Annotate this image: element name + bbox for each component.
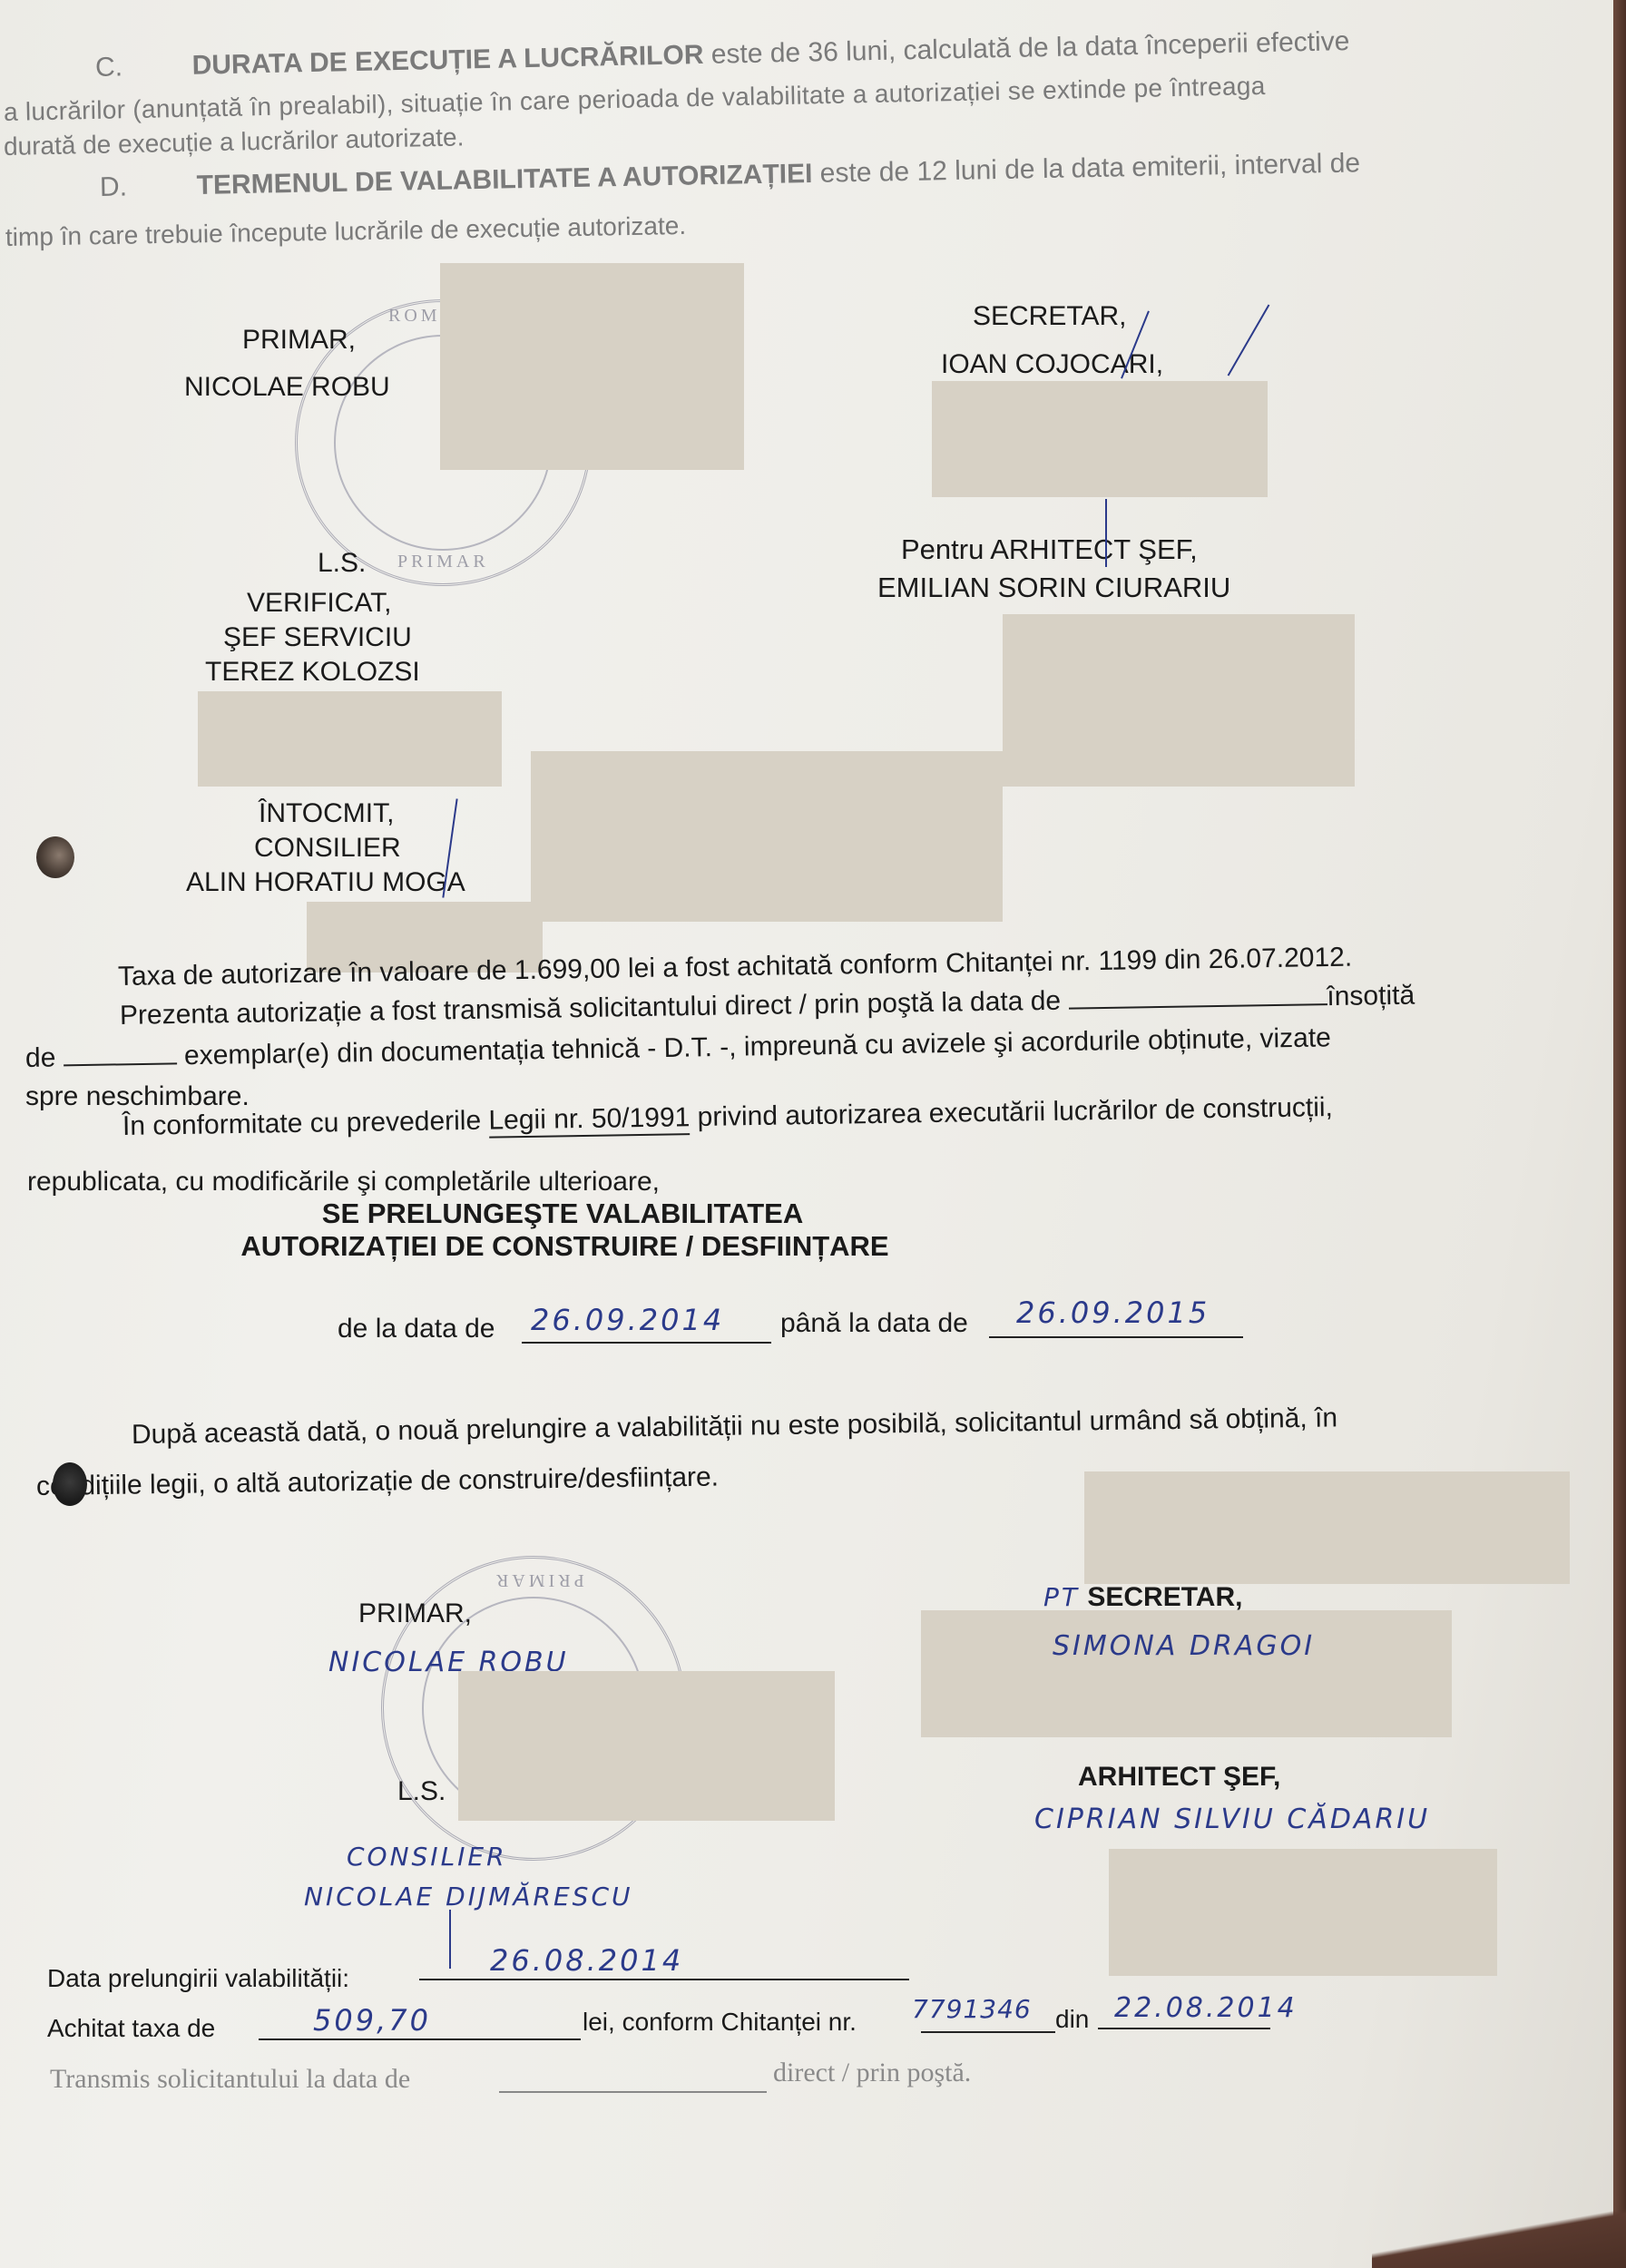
primar-title-top: PRIMAR, (242, 325, 356, 356)
desk-edge (1613, 0, 1626, 2268)
prezenta-end: însoțită (1327, 981, 1415, 1012)
din-value: 22.08.2014 (1114, 1992, 1298, 2024)
ls-label-bottom: L.S. (397, 1776, 446, 1807)
section-d-heading: TERMENUL DE VALABILITATE A AUTORIZAȚIEI (196, 159, 812, 200)
ls-label-top: L.S. (318, 548, 366, 579)
scanned-document-page: C. DURATA DE EXECUȚIE A LUCRĂRILOR este … (0, 0, 1626, 2268)
verificat-label: VERIFICAT, (247, 588, 391, 619)
redaction-box (1084, 1471, 1570, 1584)
transmis-end: direct / prin poştă. (773, 2058, 971, 2088)
section-c-text: este de 36 luni, calculată de la data în… (710, 26, 1349, 70)
copies-blank (64, 1061, 177, 1066)
signature-stroke (449, 1910, 451, 1969)
achitat-label: Achitat taxa de (47, 2014, 215, 2043)
chitanta-line (921, 2030, 1055, 2033)
consilier-handwritten: CONSILIER (347, 1842, 507, 1872)
prezenta-de: de (25, 1042, 56, 1073)
arhitect-name-handwritten: CIPRIAN SILVIU CĂDARIU (1034, 1804, 1430, 1835)
note-line2: condițiile legii, o altă autorizație de … (36, 1462, 719, 1502)
data-prelungirii-value: 26.08.2014 (490, 1943, 683, 1978)
consilier-name-handwritten: NICOLAE DIJMĂRESCU (304, 1882, 633, 1911)
to-label: până la data de (780, 1308, 968, 1339)
arhitect-title-top: Pentru ARHITECT ŞEF, (901, 533, 1198, 566)
arhitect-title-bottom: ARHITECT ŞEF, (1078, 1762, 1280, 1793)
prezenta-line3: spre neschimbare. (25, 1081, 250, 1112)
prezenta-line2: de exemplar(e) din documentația tehnică … (25, 1022, 1331, 1074)
section-d-line1: D. TERMENUL DE VALABILITATE A AUTORIZAȚI… (100, 148, 1361, 203)
sef-serviciu-label: ŞEF SERVICIU (223, 622, 412, 653)
law-reference: Legii nr. 50/1991 (488, 1102, 690, 1138)
redaction-box (1003, 614, 1355, 787)
from-date-line (522, 1341, 771, 1344)
transmis-line (499, 2091, 767, 2093)
extension-title-line2: AUTORIZAȚIEI DE CONSTRUIRE / DESFIINȚARE (0, 1230, 1130, 1263)
redaction-box (531, 751, 1003, 922)
note-line1: După această dată, o nouă prelungire a v… (132, 1403, 1338, 1451)
secretar-name-handwritten: SIMONA DRAGOI (1053, 1630, 1315, 1662)
chitanta-label: lei, conform Chitanței nr. (583, 2008, 857, 2037)
din-label: din (1055, 2005, 1089, 2034)
primar-name-top: NICOLAE ROBU (184, 372, 390, 403)
secretar-line-bottom: PT SECRETAR, (1043, 1582, 1242, 1613)
conform-start: În conformitate cu prevederile (122, 1106, 482, 1141)
prezenta-text: Prezenta autorizație a fost transmisă so… (120, 986, 1062, 1031)
punch-hole (53, 1462, 87, 1506)
extension-title-line1: SE PRELUNGEŞTE VALABILITATEA (0, 1198, 1125, 1230)
transmis-label: Transmis solicitantului la data de (50, 2064, 410, 2095)
section-d-text: este de 12 luni de la data emiterii, int… (819, 148, 1360, 188)
secretar-title-top: SECRETAR, (973, 301, 1126, 332)
redaction-box (440, 263, 744, 470)
stamp-bottom-top-text: PRIMAR (493, 1569, 584, 1590)
date-blank (1069, 1002, 1327, 1009)
din-line (1098, 2027, 1270, 2029)
redaction-box (1109, 1849, 1497, 1976)
redaction-box (921, 1610, 1452, 1737)
section-c-heading: DURATA DE EXECUȚIE A LUCRĂRILOR (191, 40, 703, 81)
conform-rest: privind autorizarea executării lucrărilo… (697, 1092, 1333, 1132)
signature-stroke (1228, 305, 1270, 376)
consilier-label: CONSILIER (254, 833, 401, 864)
sef-serviciu-name: TEREZ KOLOZSI (205, 657, 420, 688)
taxa-value: 509,70 (313, 2003, 431, 2038)
republicata-line: republicata, cu modificările şi completă… (27, 1167, 660, 1198)
secretar-title-bottom: SECRETAR, (1087, 1582, 1242, 1612)
section-d-letter: D. (100, 171, 128, 202)
conformitate-line: În conformitate cu prevederile Legii nr.… (122, 1092, 1333, 1144)
redaction-box (458, 1671, 835, 1821)
punch-hole (36, 836, 74, 878)
from-date-value: 26.09.2014 (531, 1303, 724, 1337)
section-d-line2: timp în care trebuie începute lucrările … (5, 211, 687, 252)
taxa-line (259, 2038, 581, 2040)
stamp-bottom-text: PRIMAR (397, 552, 489, 572)
section-c-line3: durată de execuție a lucrărilor autoriza… (4, 122, 465, 161)
to-date-line (989, 1335, 1243, 1338)
from-label: de la data de (338, 1314, 495, 1344)
intocmit-label: ÎNTOCMIT, (259, 798, 394, 829)
signature-stroke (1105, 499, 1107, 567)
data-prelungirii-label: Data prelungirii valabilității: (47, 1964, 349, 1993)
secretar-prefix-handwritten: PT (1043, 1582, 1080, 1612)
data-prelungirii-line (419, 1978, 909, 1980)
prezenta-rest: exemplar(e) din documentația tehnică - D… (184, 1022, 1331, 1070)
redaction-box (198, 691, 502, 787)
primar-title-bottom: PRIMAR, (358, 1598, 472, 1629)
chitanta-value: 7791346 (912, 1994, 1032, 2024)
redaction-box (932, 381, 1268, 497)
consilier-name: ALIN HORATIU MOGA (186, 867, 465, 898)
section-c-letter: C. (95, 52, 123, 83)
desk-corner (1372, 2204, 1626, 2268)
arhitect-name-top: EMILIAN SORIN CIURARIU (877, 572, 1230, 604)
to-date-value: 26.09.2015 (1016, 1295, 1210, 1330)
